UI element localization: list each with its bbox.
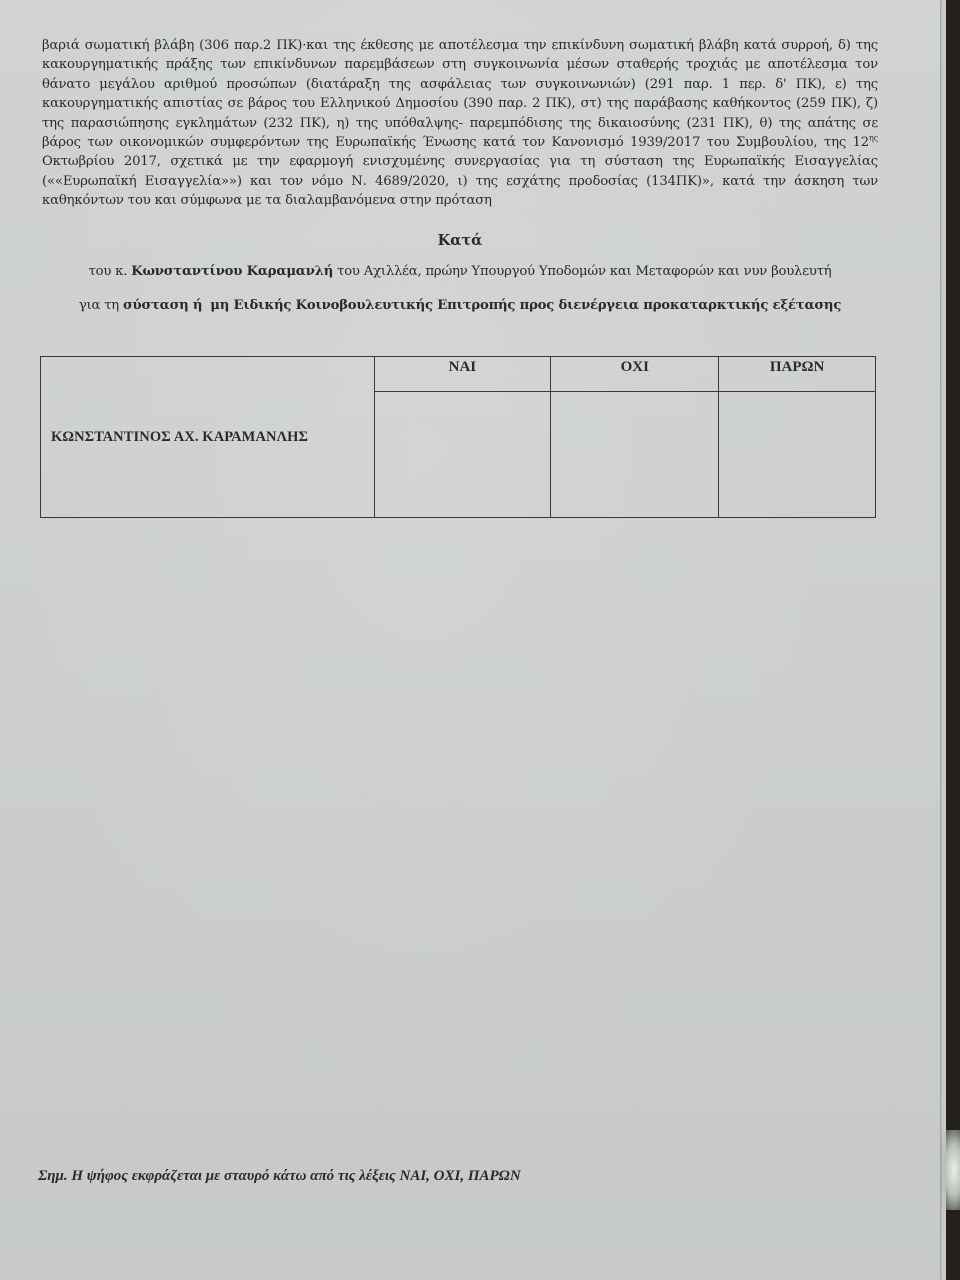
purpose-line: για τη σύσταση ή μη Ειδικής Κοινοβουλευτ… [42,298,878,313]
ballot-table: ΚΩΝΣΤΑΝΤΙΝΟΣ ΑΧ. ΚΑΡΑΜΑΝΛΗΣ ΝΑΙ ΟΧΙ ΠΑΡΩ… [40,356,876,518]
body-text-part-2: Οκτωβρίου 2017, σχετικά με την εφαρμογή … [42,154,878,208]
vote-box-nai[interactable] [374,392,551,518]
candidate-name-cell: ΚΩΝΣΤΑΝΤΙΝΟΣ ΑΧ. ΚΑΡΑΜΑΝΛΗΣ [41,357,375,518]
footnote: Σημ. Η ψήφος εκφράζεται με σταυρό κάτω α… [38,1168,521,1185]
body-text-part-1: βαριά σωματική βλάβη (306 παρ.2 ΠΚ)·και … [42,38,878,150]
background-light-glare [940,1130,960,1210]
ordinal-superscript: ης [869,134,878,143]
subject-name: Κωνσταντίνου Καραμανλή [131,264,333,279]
subject-prefix: του κ. [89,264,132,279]
heading-kata: Κατά [42,232,878,249]
purpose-bold-1: σύσταση ή [123,298,202,313]
purpose-prefix: για τη [79,298,123,313]
vote-box-oxi[interactable] [551,392,719,518]
subject-suffix: του Αχιλλέα, πρώην Υπουργού Υποδομών και… [333,264,831,279]
column-header-nai: ΝΑΙ [374,357,551,392]
body-paragraph: βαριά σωματική βλάβη (306 παρ.2 ΠΚ)·και … [42,36,878,211]
ballot-header-row: ΚΩΝΣΤΑΝΤΙΝΟΣ ΑΧ. ΚΑΡΑΜΑΝΛΗΣ ΝΑΙ ΟΧΙ ΠΑΡΩ… [41,357,876,392]
vote-box-paron[interactable] [719,392,876,518]
ballot-paper: βαριά σωματική βλάβη (306 παρ.2 ΠΚ)·και … [0,0,940,1280]
column-header-paron: ΠΑΡΩΝ [719,357,876,392]
photo-scene: βαριά σωματική βλάβη (306 παρ.2 ΠΚ)·και … [0,0,960,1280]
purpose-bold-2: μη Ειδικής Κοινοβουλευτικής Επιτροπής πρ… [210,298,841,313]
subject-line: του κ. Κωνσταντίνου Καραμανλή του Αχιλλέ… [42,264,878,279]
column-header-oxi: ΟΧΙ [551,357,719,392]
